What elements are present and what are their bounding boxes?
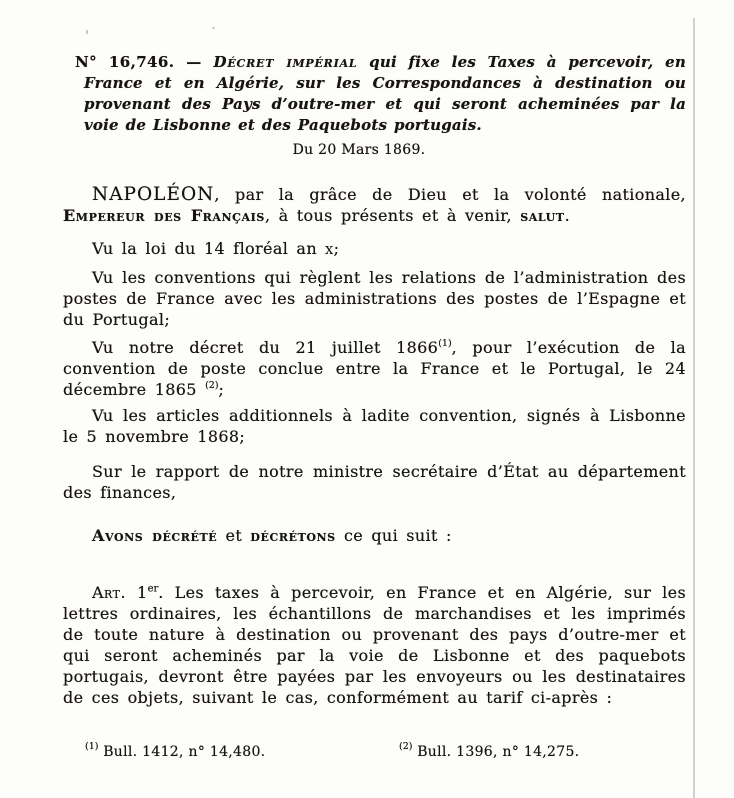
article-text: . Les taxes à percevoir, en France et en… bbox=[63, 583, 686, 707]
recital-decree-1866: Vu notre décret du 21 juillet 1866(1), p… bbox=[63, 337, 686, 400]
footnotes: (1) Bull. 1412, n° 14,480. (2) Bull. 139… bbox=[63, 742, 686, 763]
article-number: 1 bbox=[126, 583, 147, 602]
article-label: Art. bbox=[92, 583, 126, 602]
scan-speck bbox=[212, 27, 215, 29]
salut-word: salut bbox=[520, 206, 564, 225]
footnote-2-text: Bull. 1396, n° 14,275. bbox=[412, 744, 579, 760]
recital-minister-report: Sur le rapport de notre ministre secréta… bbox=[63, 461, 686, 503]
heading-separator: — bbox=[174, 53, 213, 71]
article-ordinal: er bbox=[148, 584, 159, 595]
preamble-paragraph: NAPOLÉON, par la grâce de Dieu et la vol… bbox=[63, 184, 686, 226]
scanned-decree-page: N° 16,746. — Décret impérial qui fixe le… bbox=[0, 0, 734, 798]
enacting-decretons: décrétons bbox=[250, 526, 335, 545]
footnote-2: (2) Bull. 1396, n° 14,275. bbox=[399, 742, 579, 763]
roman-numeral: x bbox=[325, 239, 333, 258]
scan-speck bbox=[86, 30, 89, 34]
preamble-text: , par la grâce de Dieu et la volonté nat… bbox=[214, 185, 686, 204]
footnote-1: (1) Bull. 1412, n° 14,480. bbox=[85, 742, 265, 763]
enacting-text: ce qui suit : bbox=[336, 526, 452, 545]
decree-date: Du 20 Mars 1869. bbox=[63, 140, 686, 161]
recital-text: Vu notre décret du 21 juillet 1866 bbox=[92, 338, 438, 357]
recital-additional-articles: Vu les articles additionnels à ladite co… bbox=[63, 405, 686, 447]
recital-text: Vu la loi du 14 floréal an bbox=[92, 239, 325, 258]
recital-law-floreal: Vu la loi du 14 floréal an x; bbox=[63, 238, 686, 259]
footnote-ref-2: (2) bbox=[205, 380, 218, 391]
footnote-ref-1: (1) bbox=[438, 338, 451, 349]
preamble-text: , à tous présents et à venir, bbox=[265, 206, 520, 225]
emperor-title: Empereur des Français bbox=[63, 206, 265, 225]
recital-text: ; bbox=[219, 380, 225, 399]
enacting-formula: Avons décrété et décrétons ce qui suit : bbox=[63, 525, 686, 546]
enacting-text: et bbox=[217, 526, 250, 545]
preamble-text: . bbox=[565, 206, 570, 225]
sovereign-name: NAPOLÉON bbox=[92, 184, 214, 205]
decree-heading: N° 16,746. — Décret impérial qui fixe le… bbox=[84, 52, 686, 136]
footnote-2-marker: (2) bbox=[399, 741, 412, 752]
decree-type: Décret impérial bbox=[214, 53, 358, 71]
recital-conventions: Vu les conventions qui règlent les relat… bbox=[63, 267, 686, 330]
article-1-paragraph: Art. 1er. Les taxes à percevoir, en Fran… bbox=[63, 582, 686, 708]
enacting-avons: Avons décrété bbox=[92, 526, 217, 545]
page-content: N° 16,746. — Décret impérial qui fixe le… bbox=[63, 52, 686, 763]
recital-text: ; bbox=[334, 239, 340, 258]
page-edge-line bbox=[693, 18, 695, 798]
footnote-1-text: Bull. 1412, n° 14,480. bbox=[98, 744, 265, 760]
footnote-1-marker: (1) bbox=[85, 741, 98, 752]
decree-number: N° 16,746. bbox=[75, 53, 174, 71]
